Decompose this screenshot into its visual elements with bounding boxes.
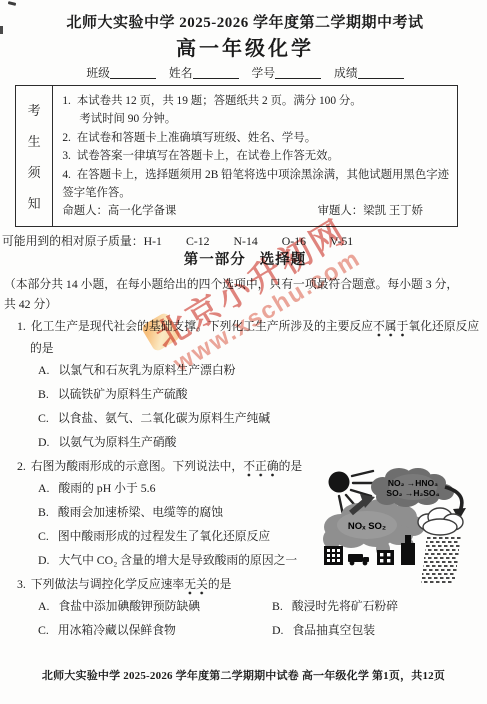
option-d: D.以氨气为原料生产硝酸 [38,431,473,453]
notice-items: 1.本试卷共 12 页，共 19 题；答题纸共 2 页。满分 100 分。 考试… [53,86,457,226]
option-text: 食品抽真空包装 [292,623,375,637]
atomic-mass-value: V-51 [330,234,353,248]
exam-paper-page: 北师大实验中学 2025-2026 学年度第二学期期中考试 高一年级化学 班级 … [0,0,487,704]
option-label: B. [272,599,283,613]
option-label: C. [38,623,49,637]
option-text: 以食盐、氨气、二氧化碳为原料生产纯碱 [58,411,270,425]
option-text: 大气中 CO₂ 含量的增大是导致酸雨的原因之一 [58,553,297,567]
notice-item: 1.本试卷共 12 页，共 19 题；答题纸共 2 页。满分 100 分。 [62,92,449,110]
notice-item: 2.在试卷和答题卡上准确填写班级、姓名、学号。 [62,129,449,147]
student-id-field: 学号 [251,66,321,80]
student-id-blank-line [275,66,321,79]
section-part-label: 第一部分 [184,252,246,268]
class-field: 班级 [86,66,156,80]
notice-side-char: 生 [28,131,41,150]
option-label: D. [38,435,49,449]
option-label: A. [38,481,49,495]
atomic-mass-value: N-14 [234,234,258,248]
notice-item-text: 在试卷和答题卡上准确填写班级、姓名、学号。 [77,132,316,144]
student-info-line: 班级 姓名 学号 成绩 [17,65,473,81]
notice-item-text: 试卷答案一律填写在答题卡上，在试卷上作答无效。 [77,150,339,162]
notice-item: 3.试卷答案一律填写在答题卡上，在试卷上作答无效。 [62,147,449,165]
question-stem-text: 的是 [17,337,473,359]
question-number: 3. [17,577,26,591]
smoke-label: NOₓ SO₂ [348,521,386,532]
option-text: 图中酸雨形成的过程发生了氧化还原反应 [58,529,270,543]
proposer-label: 命题人：高一化学备课 [62,202,176,220]
option-c: C.以食盐、氨气、二氧化碳为原料生产纯碱 [38,407,473,429]
section-intro-line: （本部分共 14 小题，在每小题给出的四个选项中，只有一项最符合题意。每小题 3… [4,274,473,294]
section-intro: （本部分共 14 小题，在每小题给出的四个选项中，只有一项最符合题意。每小题 3… [4,274,473,314]
option-text: 以氨气为原料生产硝酸 [58,435,176,449]
atomic-mass-value: O-16 [282,234,306,248]
question-stem-text: 下列做法与调控化学反应速率 [31,577,184,591]
footer-total-pages: 12 [422,670,433,682]
option-c: C.用冰箱冷藏以保鲜食物 [38,619,272,641]
question-stem-text: 的是 [279,459,303,473]
section-name-label: 选择题 [260,252,307,268]
option-label: B. [38,505,49,519]
acid-rain-diagram: NOₓ SO₂ NO₂ →HNO₃ SO₂ →H₂SO₄ [321,465,471,591]
name-field: 姓名 [169,66,239,80]
notice-item-number: 1. [62,95,71,107]
notice-side-char: 考 [28,100,41,119]
name-blank-line [193,66,239,79]
option-label: D. [272,623,283,637]
notice-item-number: 4. [62,169,71,181]
option-label: D. [38,553,49,567]
atomic-mass-label: 可能用到的相对原子质量： [2,234,144,248]
student-id-label: 学号 [251,66,275,80]
page-footer: 北师大实验中学 2025-2026 学年度第二学期期中试卷 高一年级化学 第1页… [0,667,487,683]
notice-side-label: 考 生 须 知 [16,86,53,226]
option-label: C. [38,529,49,543]
question-stem-emphasis: 无关 [184,577,208,595]
cloud-reaction-line1: NO₂ →HNO₃ [388,478,438,488]
class-blank-line [110,66,156,79]
question-1-stem: 1.化工生产是现代社会的基础支撑。下列化工生产所涉及的主要反应不属于氧化还原反应 [17,315,473,337]
option-row: C.用冰箱冷藏以保鲜食物 D.食品抽真空包装 [38,619,473,643]
footer-text: 页，共 [389,670,423,682]
option-b: B.酸浸时先将矿石粉碎 [272,595,398,617]
page-content: 北师大实验中学 2025-2026 学年度第二学期期中考试 高一年级化学 班级 … [0,0,487,643]
cloud-reaction-line2: SO₂ →H₂SO₄ [386,488,439,498]
footer-text: 北师大实验中学 2025-2026 学年度第二学期期中试卷 高一年级化学 第 [42,670,383,682]
reviewer-label: 审题人：梁凯 王丁娇 [318,202,423,220]
question-stem-text: 氧化还原反应 [408,319,479,333]
question-3-options: A.食盐中添加碘酸钾预防缺碘 B.酸浸时先将矿石粉碎 C.用冰箱冷藏以保鲜食物 … [38,595,473,643]
score-field: 成绩 [334,66,404,80]
question-stem-text: 右图为酸雨形成的示意图。下列说法中， [31,459,243,473]
notice-side-char: 须 [28,162,41,181]
candidate-notice-box: 考 生 须 知 1.本试卷共 12 页，共 19 题；答题纸共 2 页。满分 1… [15,85,458,227]
question-stem-text: 化工生产是现代社会的基础支撑。下列化工生产所涉及的主要反应 [31,319,373,333]
option-text: 用冰箱冷藏以保鲜食物 [58,623,176,637]
question-stem-emphasis: 不正确 [243,459,278,477]
atomic-mass-value: C-12 [186,234,210,248]
question-number: 1. [17,319,26,333]
question-stem-text: 的是 [208,577,232,591]
atomic-mass-line: 可能用到的相对原子质量：H-1C-12N-14O-16V-51 [2,233,473,249]
option-label: A. [38,363,49,377]
truck-icon [348,554,369,565]
section-title: 第一部分选择题 [17,251,473,269]
question-1-options: A.以氯气和石灰乳为原料生产漂白粉 B.以硫铁矿为原料生产硫酸 C.以食盐、氨气… [38,359,473,453]
score-label: 成绩 [334,66,358,80]
question-1: 1.化工生产是现代社会的基础支撑。下列化工生产所涉及的主要反应不属于氧化还原反应… [17,315,473,453]
scan-artifact-mark [0,26,3,34]
notice-item: 4.在答题卡上，选择题须用 2B 铅笔将选中项涂黑涂满，其他试题用黑色字迹 [62,166,449,184]
exam-subject-title: 高一年级化学 [17,36,473,62]
option-text: 以硫铁矿为原料生产硫酸 [58,387,188,401]
section-intro-line: 共 42 分） [4,294,473,314]
notice-item-text: 考试时间 90 分钟。 [62,110,449,128]
notice-item-text: 在答题卡上，选择题须用 2B 铅笔将选中项涂黑涂满，其他试题用黑色字迹 [77,169,449,181]
notice-side-char: 知 [28,193,41,212]
option-text: 酸雨会加速桥梁、电缆等的腐蚀 [58,505,223,519]
rain-hatching [421,538,461,582]
option-text: 酸浸时先将矿石粉碎 [292,599,398,613]
question-2: 2.右图为酸雨形成的示意图。下列说法中，不正确的是 A.酸雨的 pH 小于 5.… [17,455,473,571]
exam-title: 北师大实验中学 2025-2026 学年度第二学期期中考试 [17,14,473,33]
option-label: A. [38,599,49,613]
class-label: 班级 [86,66,110,80]
option-b: B.以硫铁矿为原料生产硫酸 [38,383,473,405]
notice-item-number: 3. [62,150,71,162]
option-text: 酸雨的 pH 小于 5.6 [58,481,155,495]
notice-item-text: 签字笔作答。 [62,184,449,202]
option-a: A.食盐中添加碘酸钾预防缺碘 [38,595,272,617]
question-stem-emphasis: 不属于 [373,319,408,337]
score-blank-line [358,66,404,79]
name-label: 姓名 [169,66,193,80]
notice-item-text: 本试卷共 12 页，共 19 题；答题纸共 2 页。满分 100 分。 [77,95,362,107]
option-row: A.食盐中添加碘酸钾预防缺碘 B.酸浸时先将矿石粉碎 [38,595,473,619]
question-number: 2. [17,459,26,473]
exam-authors-line: 命题人：高一化学备课 审题人：梁凯 王丁娇 [62,202,449,220]
option-d: D.食品抽真空包装 [272,619,375,641]
option-text: 以氯气和石灰乳为原料生产漂白粉 [58,363,235,377]
option-label: C. [38,411,49,425]
option-label: B. [38,387,49,401]
atomic-mass-value: H-1 [144,234,162,248]
option-a: A.以氯气和石灰乳为原料生产漂白粉 [38,359,473,381]
option-text: 食盐中添加碘酸钾预防缺碘 [58,599,200,613]
footer-text: 页 [434,670,445,682]
notice-item-number: 2. [62,132,71,144]
